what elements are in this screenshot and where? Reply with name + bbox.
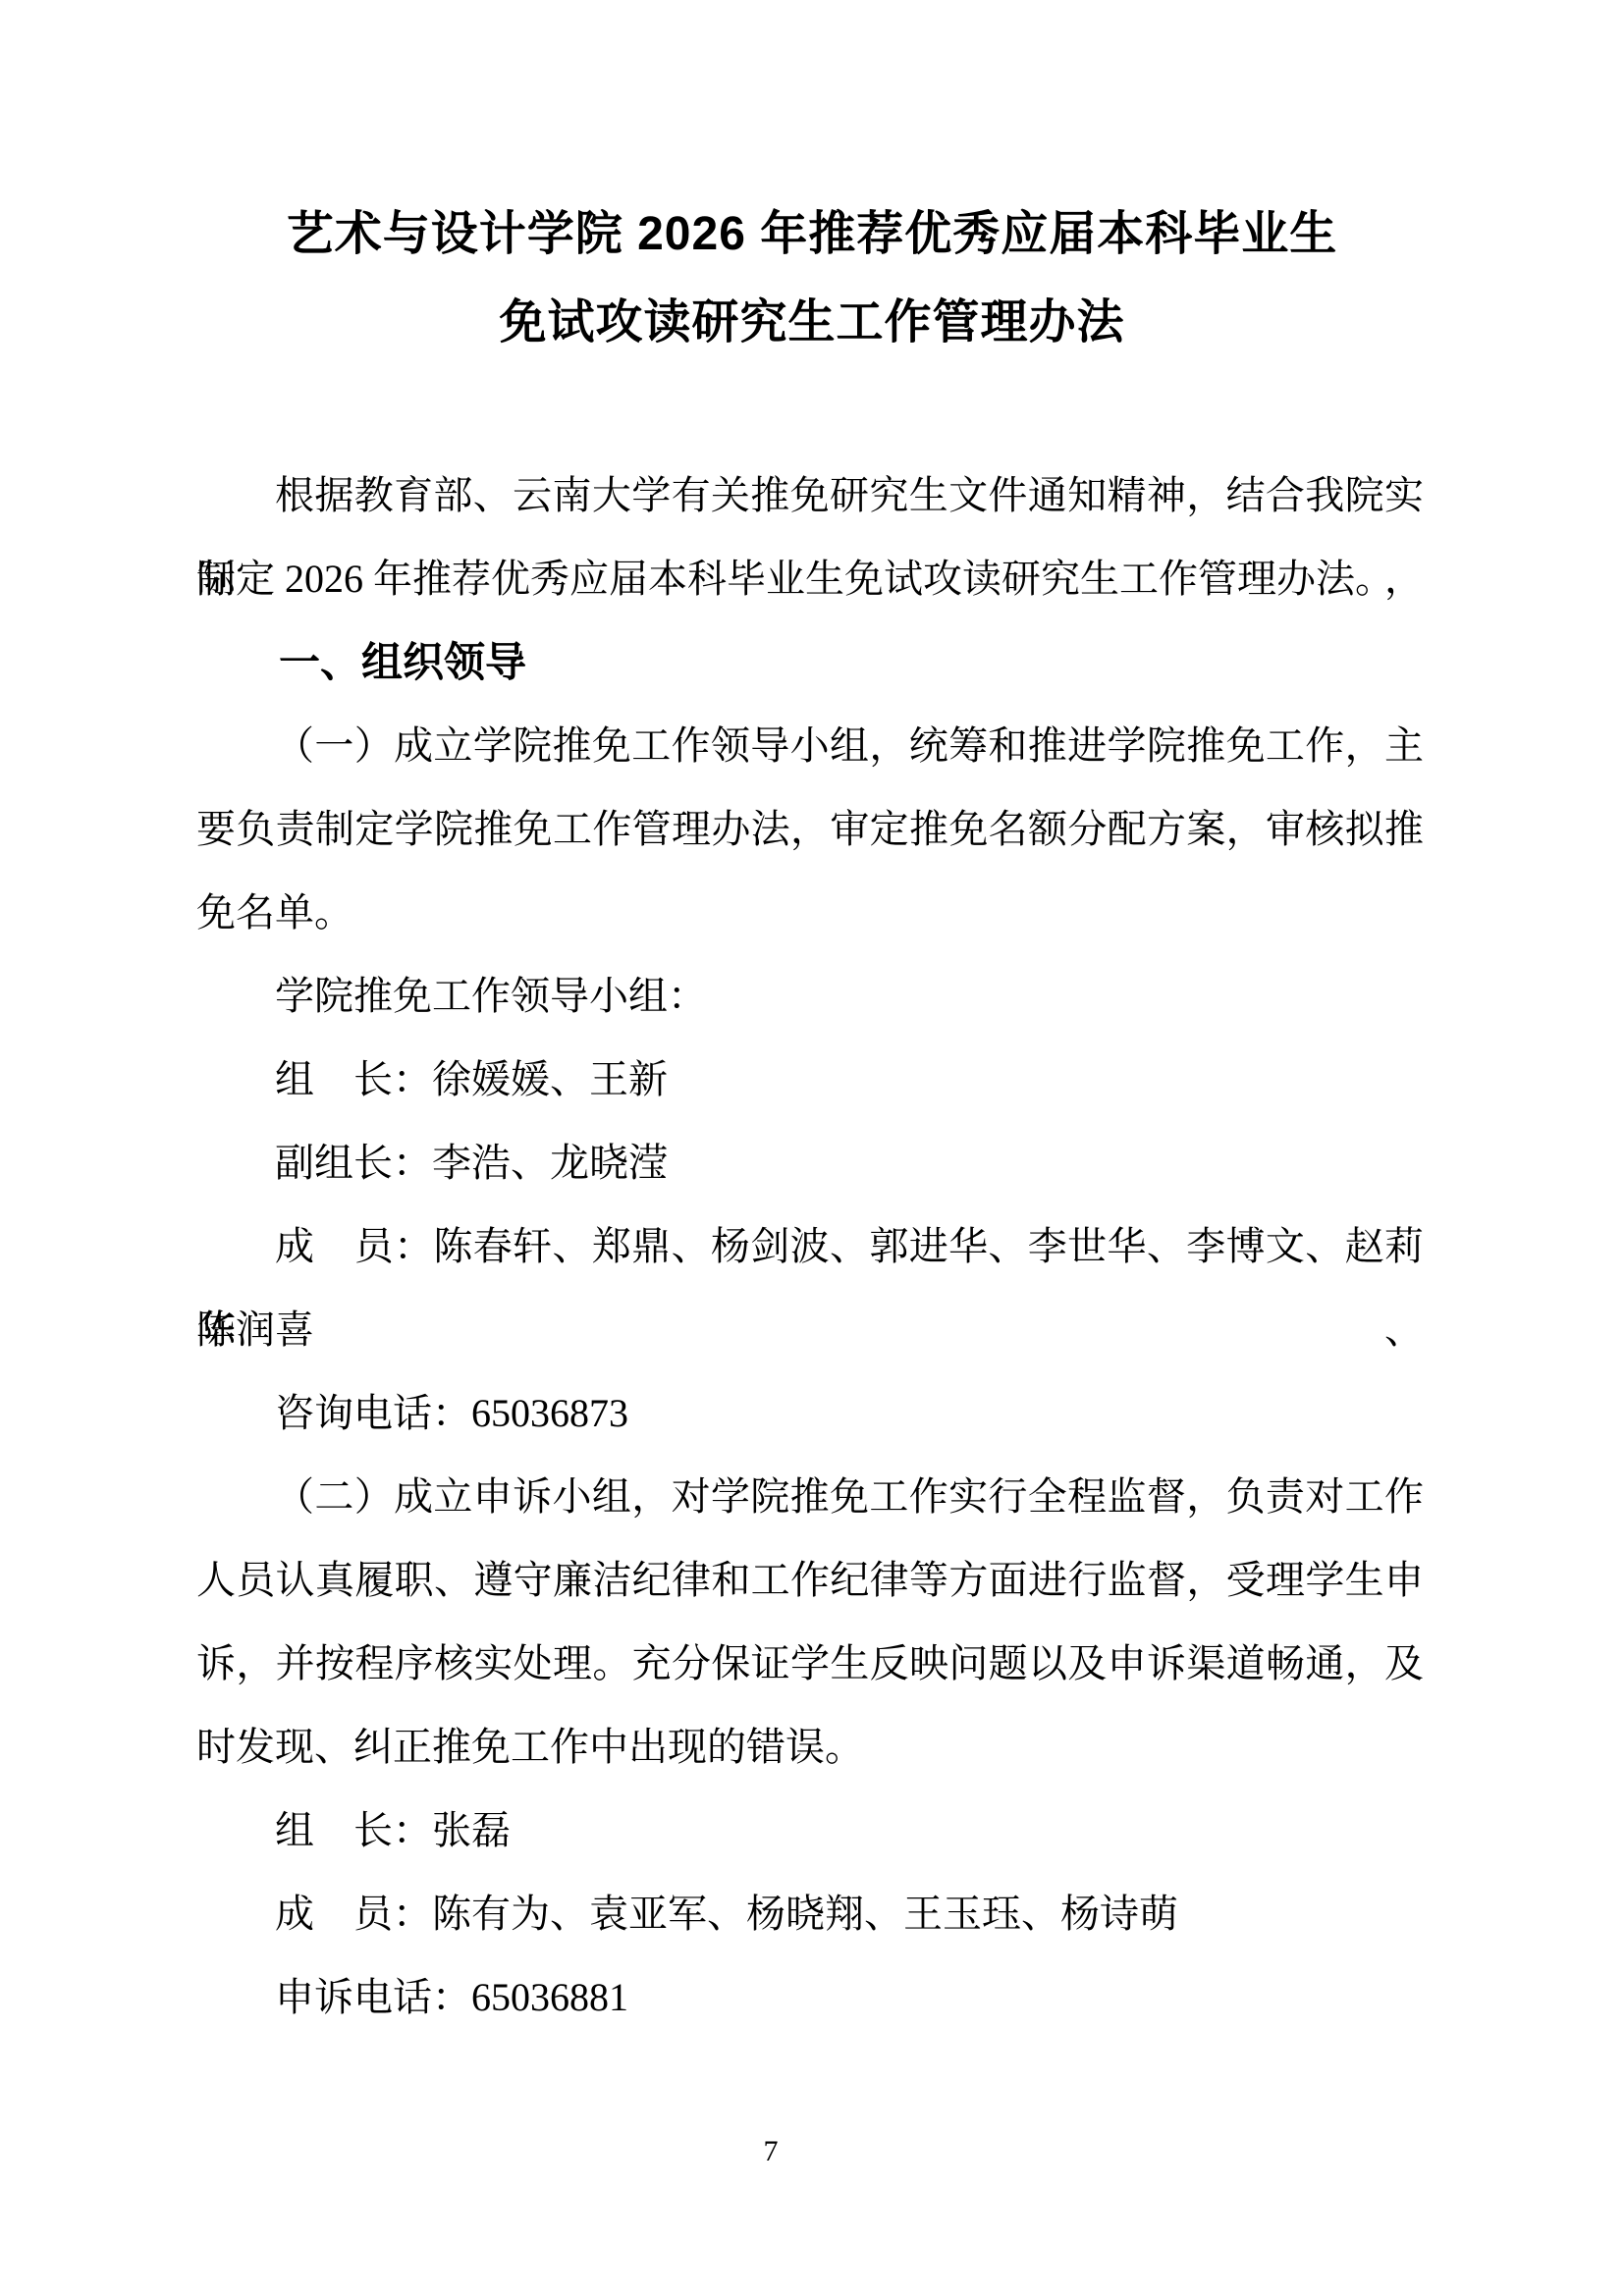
body-line: 成 员：陈有为、袁亚军、杨晓翔、王玉珏、杨诗萌: [196, 1872, 1424, 1955]
body-line: 时发现、纠正推免工作中出现的错误。: [196, 1705, 1424, 1789]
body-line: 要负责制定学院推免工作管理办法，审定推免名额分配方案，审核拟推: [196, 787, 1424, 871]
body-line: 根据教育部、云南大学有关推免研究生文件通知精神，结合我院实际，: [196, 454, 1424, 537]
document-page: 艺术与设计学院 2026 年推荐优秀应届本科毕业生 免试攻读研究生工作管理办法 …: [0, 0, 1624, 2296]
body-line: 副组长：李浩、龙晓滢: [196, 1121, 1424, 1204]
document-body: 根据教育部、云南大学有关推免研究生文件通知精神，结合我院实际， 制定 2026 …: [196, 454, 1424, 2039]
body-line: 人员认真履职、遵守廉洁纪律和工作纪律等方面进行监督，受理学生申: [196, 1538, 1424, 1622]
body-line: 制定 2026 年推荐优秀应届本科毕业生免试攻读研究生工作管理办法。: [196, 537, 1424, 620]
document-title-line-2: 免试攻读研究生工作管理办法: [0, 279, 1624, 367]
body-line: （二）成立申诉小组，对学院推免工作实行全程监督，负责对工作: [196, 1455, 1424, 1538]
document-title-line-1: 艺术与设计学院 2026 年推荐优秀应届本科毕业生: [0, 190, 1624, 279]
body-line: （一）成立学院推免工作领导小组，统筹和推进学院推免工作，主: [196, 704, 1424, 787]
body-line: 学院推免工作领导小组：: [196, 954, 1424, 1038]
body-line: 成 员：陈春轩、郑鼎、杨剑波、郭进华、李世华、李博文、赵莉华、: [196, 1204, 1424, 1288]
body-line: 免名单。: [196, 871, 1424, 954]
page-number: 7: [0, 2132, 1542, 2171]
body-line: 诉，并按程序核实处理。充分保证学生反映问题以及申诉渠道畅通，及: [196, 1622, 1424, 1705]
body-line: 申诉电话：65036881: [196, 1955, 1424, 2039]
body-line: 组 长：徐媛媛、王新: [196, 1038, 1424, 1121]
body-line: 咨询电话：65036873: [196, 1371, 1424, 1455]
document-title: 艺术与设计学院 2026 年推荐优秀应届本科毕业生 免试攻读研究生工作管理办法: [0, 190, 1624, 367]
section-heading: 一、组织领导: [196, 620, 1424, 704]
body-line: 组 长：张磊: [196, 1789, 1424, 1872]
